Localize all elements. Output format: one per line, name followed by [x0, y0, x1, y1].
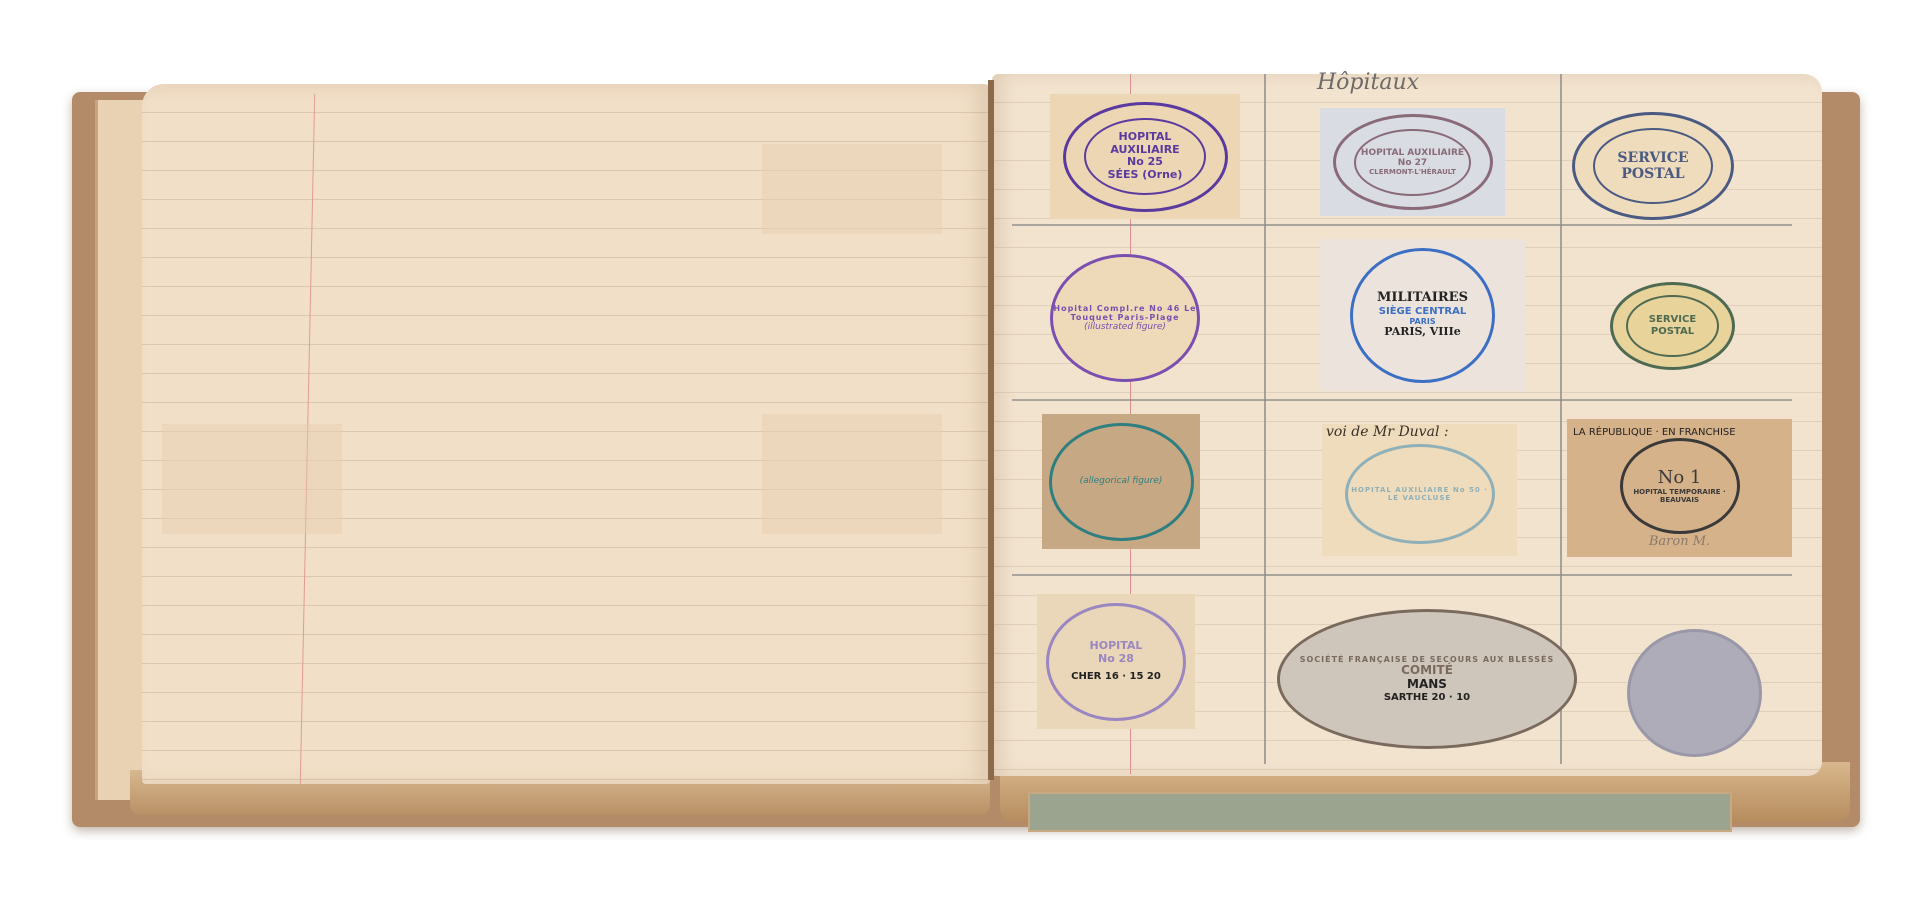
stamp-text: No 28	[1098, 653, 1134, 666]
paper-stain	[762, 414, 942, 534]
stamp-text: SIÈGE CENTRAL	[1379, 306, 1466, 318]
stamp-text: HOPITAL AUXILIAIRE	[1361, 148, 1464, 158]
stamp-text: PARIS, VIIIe	[1384, 326, 1460, 339]
stamp-text: HOPITAL	[1119, 131, 1172, 144]
stamp-text: No 27	[1398, 158, 1427, 168]
stamp-seal: SERVICE POSTAL	[1572, 112, 1734, 220]
stamp-text: MILITAIRES	[1377, 291, 1468, 306]
stamp-clipping: (allegorical figure)	[1042, 414, 1200, 549]
stamp-text: POSTAL	[1651, 326, 1694, 338]
stamp-clipping: HOPITAL No 28 CHER 16 · 15 20	[1037, 594, 1195, 729]
stamp-clipping: MILITAIRES SIÈGE CENTRAL PARIS PARIS, VI…	[1320, 239, 1525, 391]
stamp-seal: Hopital Compl.re No 46 Le Touquet Paris-…	[1050, 254, 1200, 382]
grid-row-divider	[1012, 574, 1792, 576]
left-page	[142, 84, 990, 784]
stamp-seal: SERVICE POSTAL	[1610, 282, 1735, 370]
stamp-ring-text: Hopital Compl.re No 46 Le Touquet Paris-…	[1053, 304, 1197, 322]
stamp-text: No 1	[1658, 468, 1702, 489]
stamp-clipping: voi de Mr Duval : HOPITAL AUXILIAIRE No …	[1322, 424, 1517, 556]
stamp-seal: HOPITAL AUXILIAIRE No 25 SÉES (Orne)	[1063, 102, 1228, 212]
grid-row-divider	[1012, 399, 1792, 401]
stamp-text: HOPITAL	[1090, 640, 1143, 653]
stamp-ring-text: HOPITAL AUXILIAIRE No 50 · LE VAUCLUSE	[1348, 486, 1492, 502]
green-bookmark-strip	[1028, 792, 1732, 832]
stamp-ring-text: HOPITAL TEMPORAIRE · BEAUVAIS	[1623, 488, 1737, 504]
paper-stain	[762, 144, 942, 234]
stamp-seal: SOCIÉTÉ FRANÇAISE DE SECOURS AUX BLESSÉS…	[1277, 609, 1577, 749]
stamp-illustration: (illustrated figure)	[1084, 322, 1166, 332]
stamp-illustration: (allegorical figure)	[1080, 476, 1163, 486]
page-heading: Hôpitaux	[1317, 70, 1419, 95]
stamp-clipping: LA RÉPUBLIQUE · EN FRANCHISE No 1 HOPITA…	[1567, 419, 1792, 557]
stamp-seal: HOPITAL No 28 CHER 16 · 15 20	[1046, 603, 1186, 721]
right-page: Hôpitaux HOPITAL AUXILIAIRE No 25 SÉES (…	[992, 74, 1822, 776]
stamp-text: SERVICE	[1617, 150, 1688, 166]
stamp-text: POSTAL	[1621, 166, 1684, 182]
grid-column-divider	[1264, 74, 1266, 764]
stamp-text: CLERMONT-L'HÉRAULT	[1369, 168, 1456, 176]
stamp-seal-faded	[1627, 629, 1762, 757]
stamp-text: SÉES (Orne)	[1108, 169, 1183, 182]
stamp-text: MANS	[1407, 678, 1447, 692]
stamp-clipping: HOPITAL AUXILIAIRE No 27 CLERMONT-L'HÉRA…	[1320, 108, 1505, 216]
grid-row-divider	[1012, 224, 1792, 226]
postmark: CHER 16 · 15 20	[1071, 671, 1161, 683]
stamp-seal: HOPITAL AUXILIAIRE No 27 CLERMONT-L'HÉRA…	[1333, 114, 1493, 210]
stamp-seal: MILITAIRES SIÈGE CENTRAL PARIS PARIS, VI…	[1350, 248, 1495, 383]
stamp-seal: No 1 HOPITAL TEMPORAIRE · BEAUVAIS	[1620, 438, 1740, 534]
handwritten-caption: voi de Mr Duval :	[1326, 424, 1449, 440]
stamp-header-text: LA RÉPUBLIQUE · EN FRANCHISE	[1573, 427, 1736, 438]
stamp-clipping: HOPITAL AUXILIAIRE No 25 SÉES (Orne)	[1050, 94, 1240, 219]
stamp-seal: HOPITAL AUXILIAIRE No 50 · LE VAUCLUSE	[1345, 444, 1495, 544]
postmark: SARTHE 20 · 10	[1384, 692, 1470, 704]
stamp-text: SERVICE	[1649, 314, 1696, 326]
paper-stain	[162, 424, 342, 534]
stamp-text: COMITÉ	[1401, 664, 1453, 678]
book-spine	[988, 80, 994, 780]
stamp-seal: (allegorical figure)	[1049, 423, 1194, 541]
handwritten-caption: Baron M.	[1649, 534, 1710, 549]
